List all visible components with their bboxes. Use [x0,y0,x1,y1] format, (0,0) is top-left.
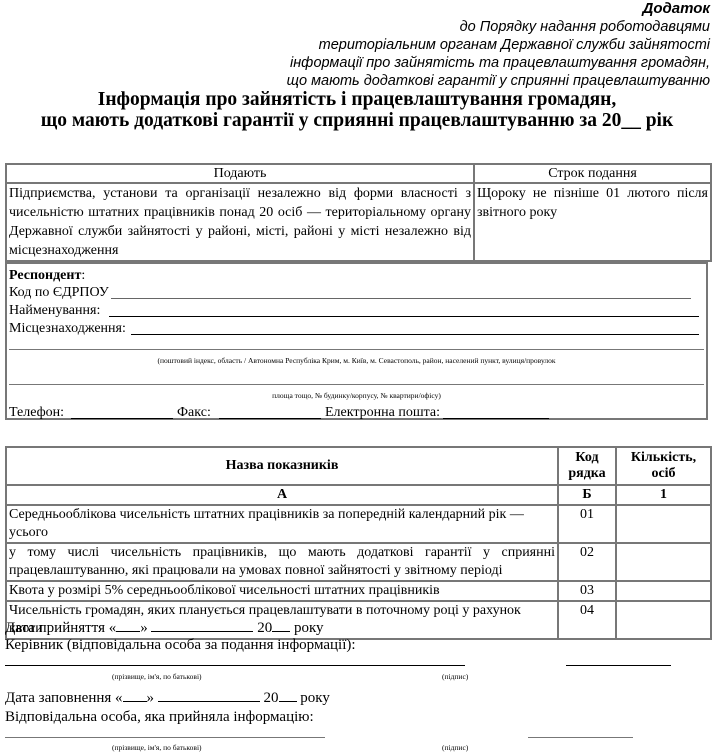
fill-year-field[interactable] [279,701,297,702]
edrpou-label: Код по ЄДРПОУ [9,284,109,301]
deadline-cell: Щороку не пізніше 01 лютого після звітно… [474,183,711,261]
row-code: 02 [558,543,616,581]
respondent-heading-row: Респондент: [9,267,85,284]
receiver-label: Відповідальна особа, яка прийняла інформ… [5,708,314,726]
fax-field[interactable] [219,406,321,419]
year-suffix: року [294,620,324,636]
name-label: Найменування: [9,302,100,319]
row-code: 03 [558,581,616,601]
date-close-quote: » [140,620,148,636]
table-row: у тому числі чисельність працівників, що… [6,543,711,581]
subheader-1: 1 [616,485,711,505]
submitters-header: Подають [6,164,474,183]
head-fio-hint: (прізвище, ім'я, по батькові) [112,672,202,681]
table-row: Квота у розмірі 5% середньооблікової чис… [6,581,711,601]
edrpou-field[interactable] [111,286,691,299]
fill-day-field[interactable] [123,701,147,702]
submitters-cell: Підприємства, установи та організації не… [6,183,474,261]
accept-day-field[interactable] [116,631,140,632]
address-hint-1: (поштовий індекс, область / Автономна Ре… [7,356,706,365]
receiver-signature-hint: (підпис) [442,743,468,752]
email-label: Електронна пошта: [325,404,440,421]
appendix-line: що мають додаткові гарантії у сприянні п… [287,72,710,90]
form-title-line-2: що мають додаткові гарантії у сприянні п… [0,110,714,131]
indicator-name: у тому числі чисельність працівників, що… [6,543,558,581]
location-label: Місцезнаходження: [9,320,126,337]
indicator-name-header: Назва показників [6,447,558,485]
quantity-header: Кількість, осіб [616,447,711,485]
year-prefix: 20 [264,690,279,706]
accept-year-field[interactable] [272,631,290,632]
accept-date-row: Дата прийняття «» 20 року [5,619,324,637]
form-title: Інформація про зайнятість і працевлаштув… [0,89,714,131]
row-code: 01 [558,505,616,543]
head-signature-hint: (підпис) [442,672,468,681]
appendix-line: інформації про зайнятість та працевлашту… [287,54,710,72]
appendix-line: до Порядку надання роботодавцями [287,18,710,36]
submission-table: Подають Строк подання Підприємства, уста… [5,163,712,262]
receiver-signature-field[interactable] [528,737,633,738]
name-field[interactable] [109,304,699,317]
accept-date-label: Дата прийняття « [5,620,116,636]
indicator-name: Середньооблікова чисельність штатних пра… [6,505,558,543]
respondent-block: Респондент: Код по ЄДРПОУ Найменування: … [5,262,708,420]
address-hint-2: площа тощо, № будинку/корпусу, № квартир… [7,391,706,400]
address-line-2[interactable] [9,384,704,385]
subheader-b: Б [558,485,616,505]
appendix-title: Додаток [287,0,710,18]
respondent-heading-colon: : [81,268,85,283]
fill-date-label: Дата заповнення « [5,690,123,706]
form-title-line-1: Інформація про зайнятість і працевлаштув… [0,89,714,110]
appendix-header: Додаток до Порядку надання роботодавцями… [287,0,710,90]
head-name-field[interactable] [5,665,465,666]
table-row: Середньооблікова чисельність штатних пра… [6,505,711,543]
respondent-heading: Респондент [9,268,81,283]
deadline-header: Строк подання [474,164,711,183]
appendix-line: територіальним органам Державної служби … [287,36,710,54]
quantity-cell[interactable] [616,581,711,601]
receiver-fio-hint: (прізвище, ім'я, по батькові) [112,743,202,752]
receiver-name-field[interactable] [5,737,325,738]
address-line-1[interactable] [9,349,704,350]
indicator-name: Квота у розмірі 5% середньооблікової чис… [6,581,558,601]
head-label: Керівник (відповідальна особа за подання… [5,636,356,654]
year-prefix: 20 [257,620,272,636]
quantity-cell[interactable] [616,505,711,543]
indicators-table: Назва показників Код рядка Кількість, ос… [5,446,712,640]
quantity-cell[interactable] [616,601,711,639]
year-suffix: року [300,690,330,706]
head-signature-field[interactable] [566,665,671,666]
location-field[interactable] [131,322,699,335]
fill-month-field[interactable] [158,701,260,702]
row-code: 04 [558,601,616,639]
phone-label: Телефон: [9,404,64,421]
quantity-cell[interactable] [616,543,711,581]
phone-field[interactable] [71,406,173,419]
fill-date-row: Дата заповнення «» 20 року [5,689,330,707]
accept-month-field[interactable] [151,631,253,632]
email-field[interactable] [443,406,549,419]
fax-label: Факс: [177,404,211,421]
date-close-quote: » [147,690,155,706]
row-code-header: Код рядка [558,447,616,485]
subheader-a: А [6,485,558,505]
